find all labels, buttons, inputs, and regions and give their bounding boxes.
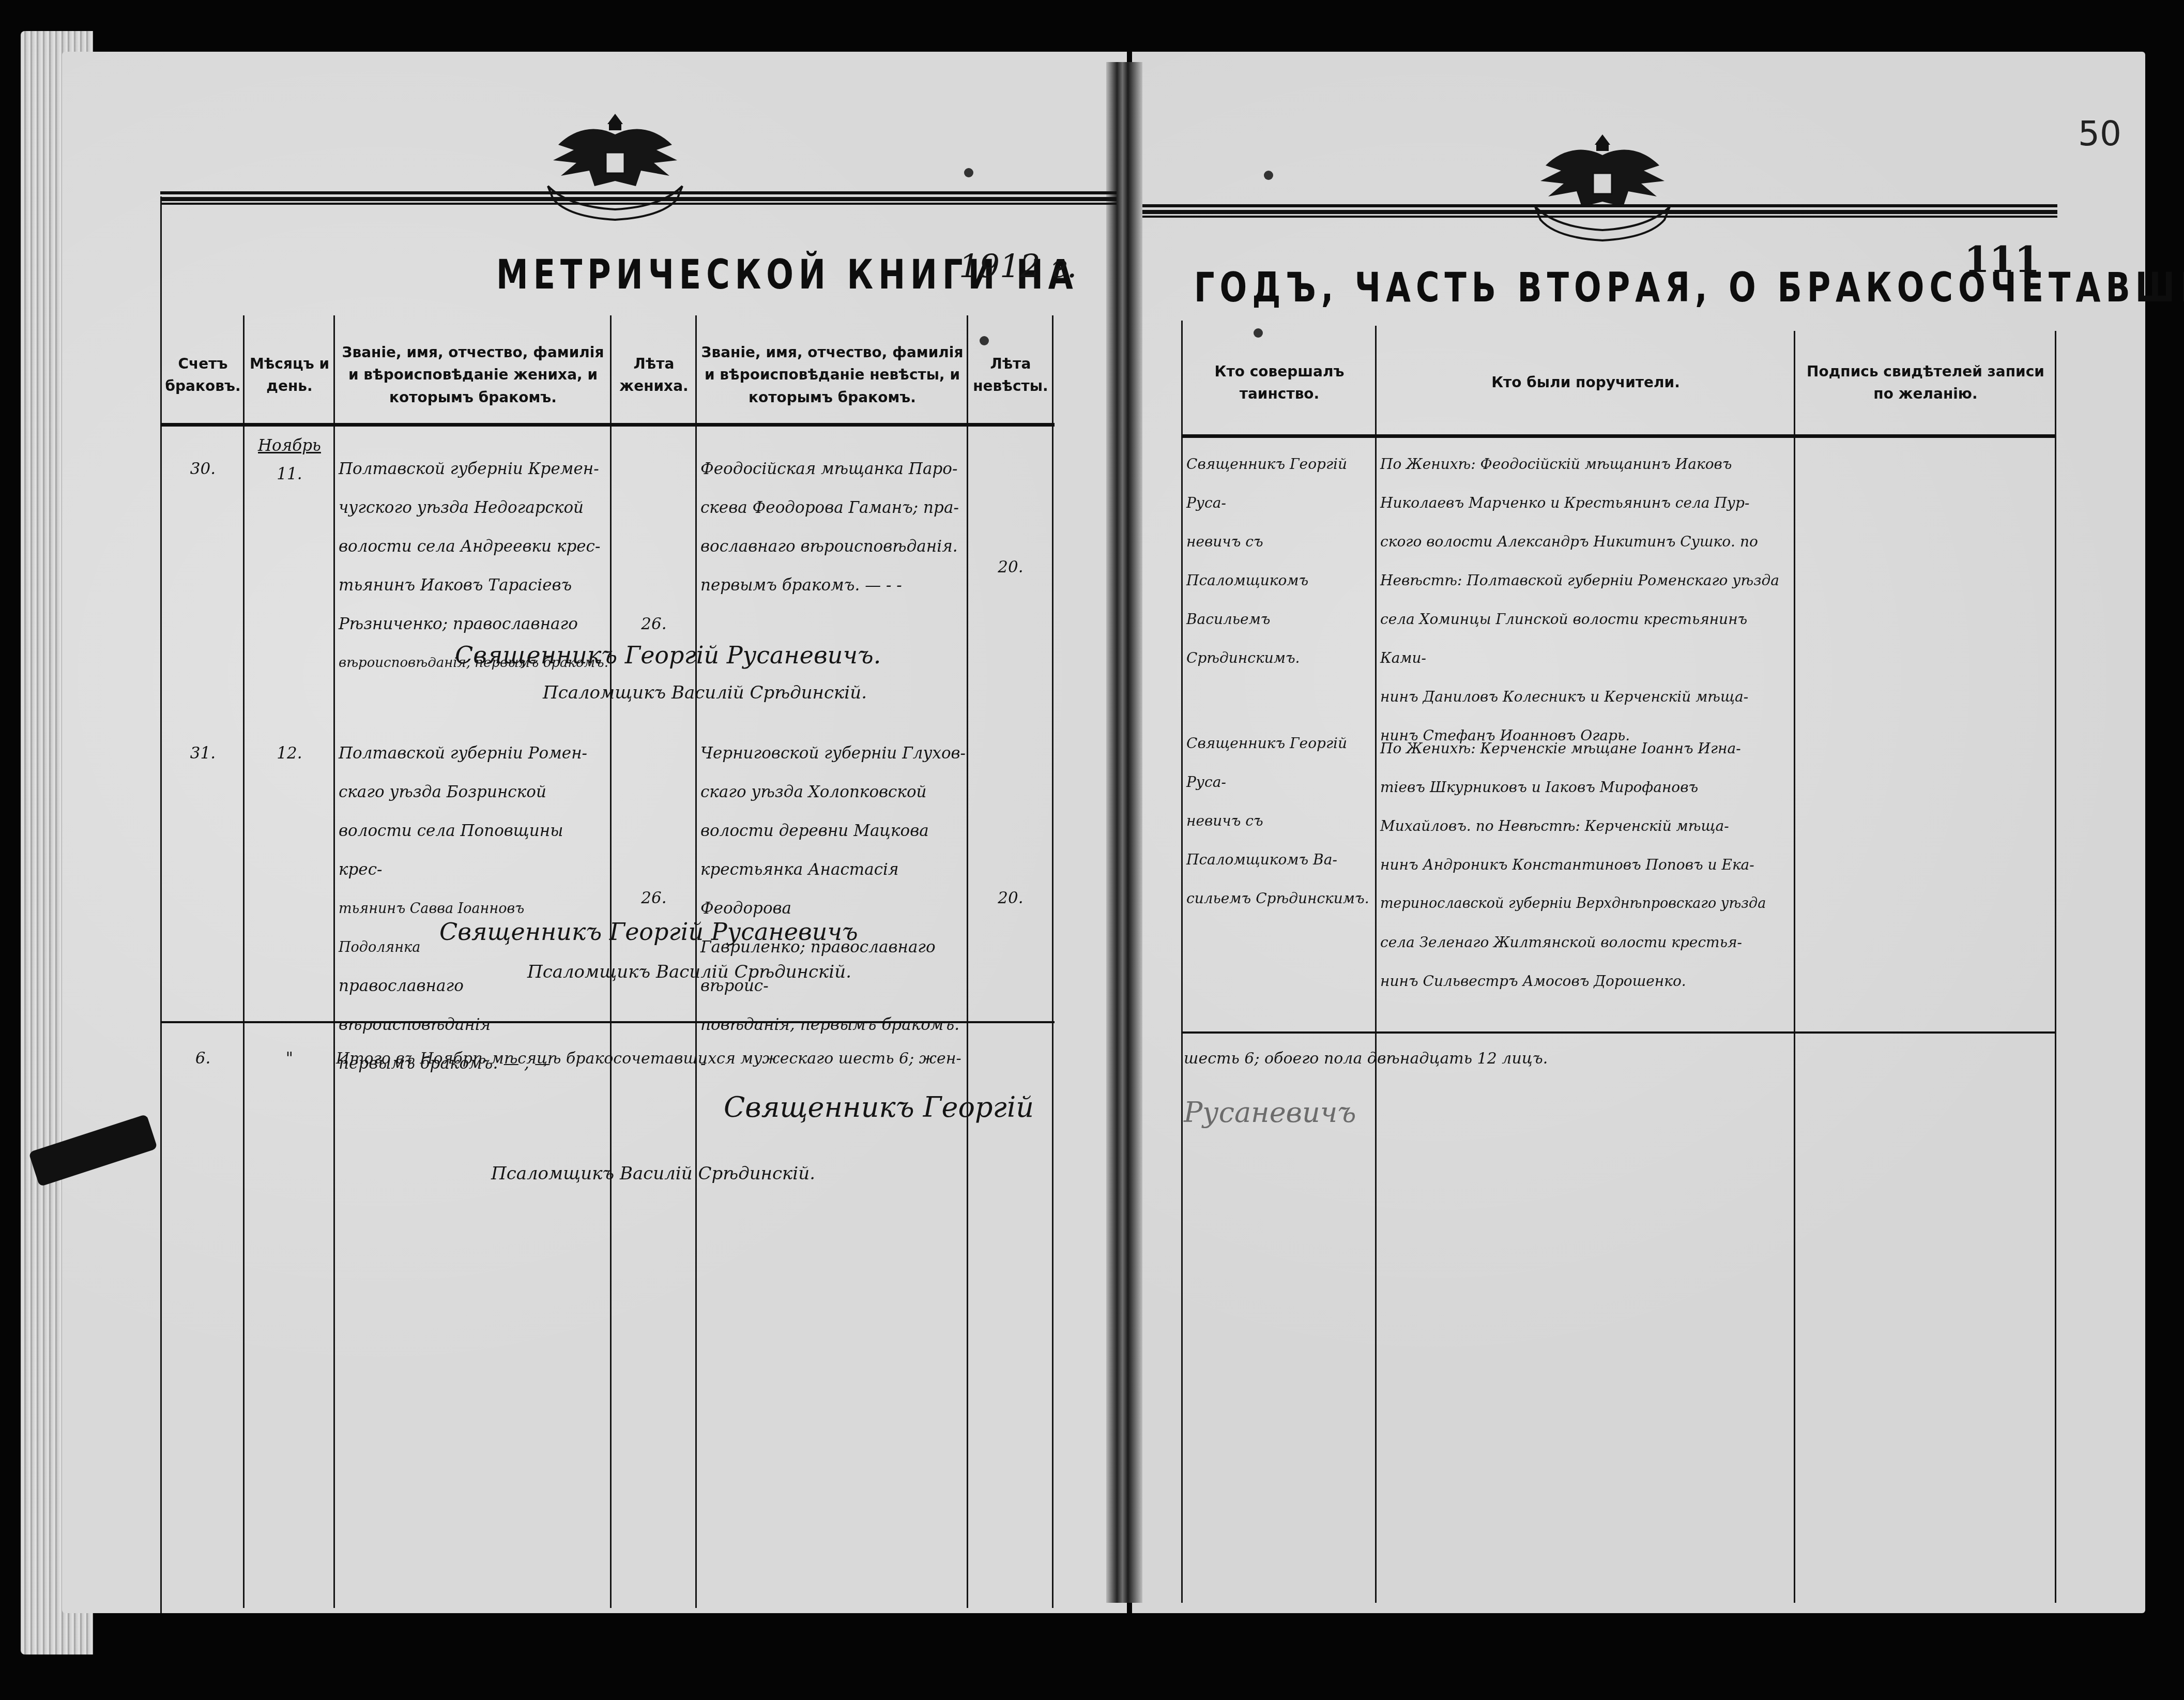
- column-divider: [967, 315, 968, 1608]
- summary-text-left: Итого въ Ноябрѣ мѣсяцѣ бракосочетавшихся…: [336, 1039, 1055, 1078]
- column-header-guarantors: Кто были поручители.: [1378, 336, 1794, 429]
- summary-psalmist-signature: Псаломщикъ Василiй Срѣдинскiй.: [491, 1163, 815, 1184]
- summary-text-right: шесть 6; обоего пола двѣнадцать 12 лицъ.: [1184, 1039, 1701, 1078]
- column-divider: [243, 315, 245, 1608]
- bride-line: скева Феодорова Гаманъ; пра-: [700, 489, 967, 527]
- guarantor-line: села Хоминцы Глинской волости крестьянин…: [1380, 600, 1794, 677]
- groom-line: Полтавской губернiи Ромен-: [339, 734, 610, 773]
- bride-line: скаго уѣзда Холопковской: [700, 773, 967, 812]
- column-header-witness-signatures: Подпись свидѣтелей записи по желанiю.: [1796, 336, 2055, 429]
- guarantors-details: По Женихѣ: Керченскiе мѣщане Iоаннъ Игна…: [1380, 729, 1794, 1000]
- summary-separator: [1181, 1031, 2055, 1034]
- psalmist-signature: Псаломщикъ Василiй Срѣдинскiй.: [527, 962, 851, 982]
- column-divider: [1181, 321, 1183, 1603]
- binding-hole: [1254, 328, 1263, 338]
- summary-clergy-signature: Священникъ Георгiй: [724, 1091, 1034, 1124]
- column-header-groom-details: Званiе, имя, отчество, фамилiя и вѣроисп…: [336, 331, 610, 419]
- record-number: 30.: [163, 450, 243, 489]
- summary-count: 6.: [163, 1039, 243, 1078]
- guarantor-line: Невѣстѣ: Полтавской губернiи Роменскаго …: [1380, 561, 1794, 600]
- column-header-officiant: Кто совершалъ таинство.: [1184, 336, 1375, 429]
- header-bottom-rule: [160, 423, 1055, 427]
- clergy-signature: Священникъ Георгiй Русаневичъ: [439, 918, 858, 946]
- binding-hole: [1264, 171, 1273, 180]
- guarantor-line: теринославской губернiи Верхднѣпровскаго…: [1380, 884, 1794, 923]
- guarantor-line: нинъ Андроникъ Константиновъ Поповъ и Ек…: [1380, 845, 1794, 884]
- guarantor-line: Николаевъ Марченко и Крестьянинъ села Пу…: [1380, 483, 1794, 522]
- guarantors-details: По Женихѣ: Феодосiйскiй мѣщанинъ Иаковъ …: [1380, 445, 1794, 755]
- bride-details: Феодосiйская мѣщанка Паро- скева Феодоро…: [700, 450, 967, 605]
- groom-details: Полтавской губернiи Ромен- скаго уѣзда Б…: [339, 734, 610, 1083]
- guarantor-line: По Женихѣ: Феодосiйскiй мѣщанинъ Иаковъ: [1380, 445, 1794, 483]
- record-day: 12.: [246, 734, 333, 773]
- officiant-line: Священникъ Георгiй Руса-: [1186, 724, 1375, 801]
- header-triple-rule: [160, 191, 1117, 205]
- officiant-details: Священникъ Георгiй Руса- невичъ съ Псало…: [1186, 724, 1375, 918]
- groom-age: 26.: [613, 879, 695, 918]
- officiant-line: Священникъ Георгiй Руса-: [1186, 445, 1375, 522]
- officiant-line: Васильемъ Срѣдинскимъ.: [1186, 600, 1375, 677]
- bride-line: первымъ бракомъ. — - -: [700, 566, 967, 605]
- header-triple-rule: [1142, 204, 2057, 218]
- imperial-eagle-emblem-icon: [1525, 124, 1680, 243]
- groom-line: волости села Андреевки крес-: [339, 527, 610, 566]
- column-divider: [1375, 326, 1377, 1603]
- column-header-marriage-count: Счетъ браковъ.: [163, 331, 243, 419]
- summary-clergy-signature-continued: Русаневичъ: [1184, 1096, 1356, 1129]
- column-divider: [1052, 315, 1053, 1608]
- groom-line: чугского уѣзда Недогарской: [339, 489, 610, 527]
- guarantor-line: ского волости Александръ Никитинъ Сушко.…: [1380, 522, 1794, 561]
- record-number: 31.: [163, 734, 243, 773]
- officiant-line: невичъ съ Псаломщикомъ Ва-: [1186, 801, 1375, 879]
- guarantor-line: нинъ Даниловъ Колесникъ и Керченскiй мѣщ…: [1380, 677, 1794, 716]
- guarantor-line: По Женихѣ: Керченскiе мѣщане Iоаннъ Игна…: [1380, 729, 1794, 768]
- binding-hole: [980, 336, 989, 345]
- bride-details: Черниговской губернiи Глухов- скаго уѣзд…: [700, 734, 967, 1083]
- bride-line: волости деревни Мацкова: [700, 812, 967, 851]
- groom-line: тьянинъ Иаковъ Тарасiевъ: [339, 566, 610, 605]
- column-header-month-day: Мѣсяцъ и день.: [246, 331, 333, 419]
- bride-age: 20.: [969, 879, 1052, 918]
- column-divider: [1794, 331, 1795, 1603]
- groom-line: Рѣзниченко; православнаго: [339, 605, 610, 644]
- header-bottom-rule: [1181, 434, 2055, 438]
- archive-page-number: 50: [2078, 114, 2121, 154]
- record-day: 11.: [246, 455, 333, 494]
- table-border: [160, 196, 162, 1613]
- guarantor-line: нинъ Сильвестръ Амосовъ Дорошенко.: [1380, 962, 1794, 1000]
- bride-age: 20.: [969, 548, 1052, 587]
- column-header-bride-details: Званiе, имя, отчество, фамилiя и вѣроисп…: [698, 331, 967, 419]
- officiant-line: сильемъ Срѣдинскимъ.: [1186, 879, 1375, 918]
- column-header-groom-age: Лѣта жениха.: [613, 331, 695, 419]
- printed-page-number: 111: [1964, 238, 2040, 281]
- binding-hole: [964, 168, 973, 177]
- guarantor-line: Михайловъ. по Невѣстѣ: Керченскiй мѣща-: [1380, 807, 1794, 845]
- book-gutter-torn-spine: [1106, 62, 1142, 1603]
- table-border: [2055, 331, 2056, 1603]
- clergy-signature: Священникъ Георгiй Русаневичъ.: [455, 641, 881, 669]
- groom-age: 26.: [613, 605, 695, 644]
- bride-line: вославнаго вѣроисповѣданiя.: [700, 527, 967, 566]
- groom-line: Полтавской губернiи Кремен-: [339, 450, 610, 489]
- groom-line: волости села Поповщины крес-: [339, 812, 610, 889]
- guarantor-line: села Зеленаго Жилтянской волости крестья…: [1380, 923, 1794, 962]
- handwritten-year: 1912 г.: [959, 247, 1077, 285]
- column-divider: [333, 315, 335, 1608]
- psalmist-signature: Псаломщикъ Василiй Срѣдинскiй.: [543, 682, 867, 703]
- officiant-details: Священникъ Георгiй Руса- невичъ съ Псало…: [1186, 445, 1375, 677]
- bride-line: Феодосiйская мѣщанка Паро-: [700, 450, 967, 489]
- summary-day-ditto: ": [246, 1039, 333, 1078]
- bride-line: крестьянка Анастасiя Феодорова: [700, 851, 967, 928]
- officiant-line: невичъ съ Псаломщикомъ: [1186, 522, 1375, 600]
- bride-line: Черниговской губернiи Глухов-: [700, 734, 967, 773]
- guarantor-line: тiевъ Шкурниковъ и Iаковъ Мирофановъ: [1380, 768, 1794, 807]
- groom-line: скаго уѣзда Бозринской: [339, 773, 610, 812]
